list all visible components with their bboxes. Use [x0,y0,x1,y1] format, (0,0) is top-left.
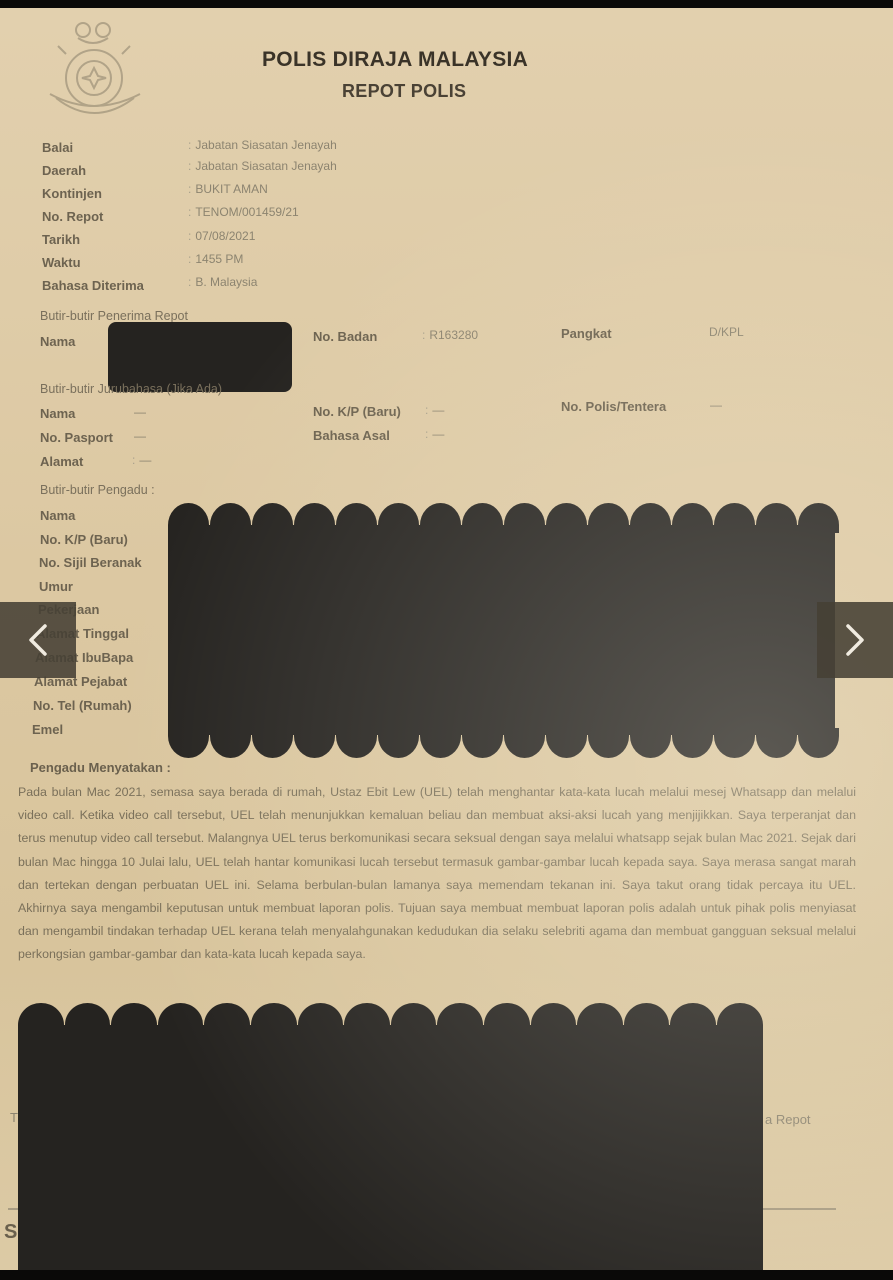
label-balai: Balai [42,140,73,155]
document-subtitle: REPOT POLIS [342,81,466,102]
label-umur: Umur [39,579,73,594]
value-no-repot: :TENOM/001459/21 [188,205,299,219]
section-interpreter: Butir-butir Jurubahasa (Jika Ada) [40,382,222,396]
police-report-page: POLIS DIRAJA MALAYSIA REPOT POLIS Balai … [0,8,893,1270]
label-sijil-beranak: No. Sijil Beranak [39,555,142,570]
label-complainant-name: Nama [40,508,75,523]
label-no-polis-tentera: No. Polis/Tentera [561,399,666,414]
police-crest-icon [38,18,153,130]
value-waktu: :1455 PM [188,252,243,266]
label-interpreter-name: Nama [40,406,75,421]
value-interpreter-name: — [134,405,146,419]
value-kontinjen: :BUKIT AMAN [188,182,268,196]
label-tarikh: Tarikh [42,232,80,247]
label-complainant-kp: No. K/P (Baru) [40,532,128,547]
value-bahasa-diterima: :B. Malaysia [188,275,257,289]
viewer-bottom-bar [0,1270,893,1280]
footer-fragment-right: a Repot [765,1112,811,1127]
label-emel: Emel [32,722,63,737]
document-title: POLIS DIRAJA MALAYSIA [262,48,528,72]
statement-heading: Pengadu Menyatakan : [30,760,171,775]
value-bahasa-asal: :— [425,427,444,441]
label-no-tel-rumah: No. Tel (Rumah) [33,698,132,713]
value-no-badan: :R163280 [422,328,478,342]
label-bahasa-diterima: Bahasa Diterima [42,278,144,293]
statement-body: Pada bulan Mac 2021, semasa saya berada … [18,781,856,967]
chevron-left-icon [25,623,51,657]
section-complainant: Butir-butir Pengadu : [40,483,155,497]
label-kp-baru: No. K/P (Baru) [313,404,401,419]
label-kontinjen: Kontinjen [42,186,102,201]
viewer-top-bar [0,0,893,8]
section-receiver: Butir-butir Penerima Repot [40,309,188,323]
redaction-footer [18,1025,763,1270]
value-pangkat: D/KPL [709,325,744,339]
label-bahasa-asal: Bahasa Asal [313,428,390,443]
redaction-complainant-details [168,525,835,735]
label-alamat: Alamat [40,454,83,469]
value-tarikh: :07/08/2021 [188,229,255,243]
redaction-complainant-bottom [168,728,840,758]
previous-image-button[interactable] [0,602,76,678]
chevron-right-icon [842,623,868,657]
value-balai: :Jabatan Siasatan Jenayah [188,138,337,152]
value-no-polis-tentera: — [710,398,722,412]
label-no-repot: No. Repot [42,209,103,224]
label-no-badan: No. Badan [313,329,377,344]
label-daerah: Daerah [42,163,86,178]
label-pangkat: Pangkat [561,326,612,341]
label-pasport: No. Pasport [40,430,113,445]
footer-fragment-left: T [10,1110,18,1125]
label-receiver-name: Nama [40,334,75,349]
next-image-button[interactable] [817,602,893,678]
value-daerah: :Jabatan Siasatan Jenayah [188,159,337,173]
value-kp-baru: :— [425,403,444,417]
value-alamat: :— [132,453,151,467]
label-waktu: Waktu [42,255,81,270]
value-pasport: — [134,429,146,443]
footer-fragment-signature: S [4,1221,17,1244]
